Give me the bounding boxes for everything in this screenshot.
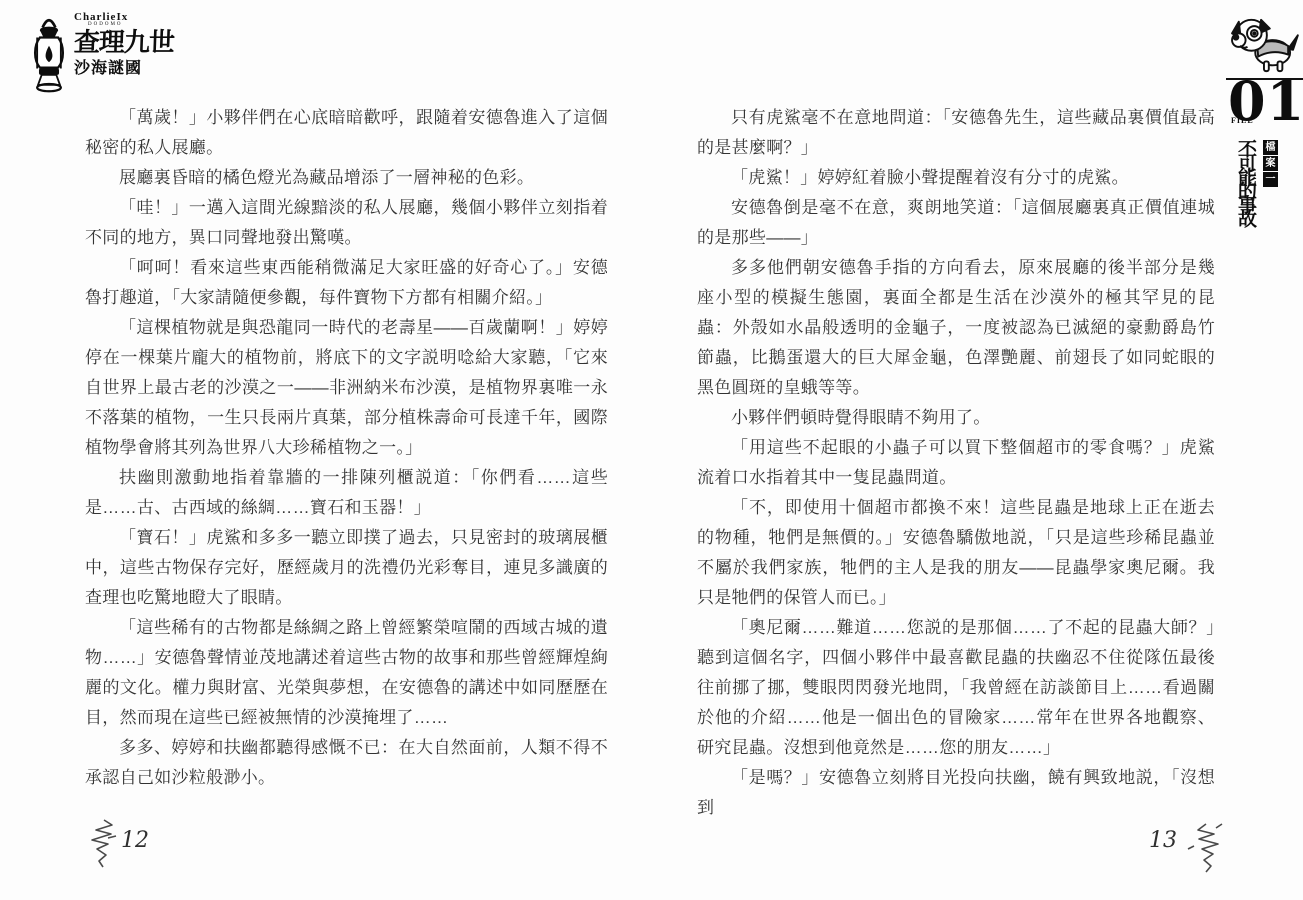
- paragraph: 展廳裏昏暗的橘色燈光為藏品增添了一層神秘的色彩。: [85, 163, 608, 193]
- paragraph: 「這棵植物就是與恐龍同一時代的老壽星——百歲蘭啊！」婷婷停在一棵葉片龐大的植物前…: [85, 313, 608, 463]
- page-number-right: 13: [1149, 828, 1177, 853]
- paragraph: 「是嗎？」安德魯立刻將目光投向扶幽，饒有興致地説，「沒想到: [697, 763, 1215, 823]
- series-logo-text: CharlieIx DODOMO 查理九世 沙海謎國: [74, 12, 214, 78]
- paragraph: 扶幽則激動地指着靠牆的一排陳列櫃説道：「你們看……這些是……古、古西域的絲綢………: [85, 463, 608, 523]
- file-label: FILE: [1231, 116, 1254, 125]
- lantern-icon: [30, 12, 68, 94]
- file-badge-char: 案: [1263, 156, 1278, 171]
- book-spread: CharlieIx DODOMO 查理九世 沙海謎國: [0, 0, 1303, 900]
- paragraph: 「奧尼爾……難道……您説的是那個……了不起的昆蟲大師？」聽到這個名字，四個小夥伴…: [697, 613, 1215, 763]
- paragraph: 「用這些不起眼的小蟲子可以買下整個超市的零食嗎？」虎鯊流着口水指着其中一隻昆蟲問…: [697, 433, 1215, 493]
- left-page-text: 「萬歲！」小夥伴們在心底暗暗歡呼，跟隨着安德魯進入了這個秘密的私人展廳。展廳裏昏…: [85, 103, 608, 793]
- series-logo: CharlieIx DODOMO 查理九世 沙海謎國: [28, 10, 218, 100]
- paragraph: 「寶石！」虎鯊和多多一聽立即撲了過去，只見密封的玻璃展櫃中，這些古物保存完好，歷…: [85, 523, 608, 613]
- paragraph: 只有虎鯊毫不在意地問道：「安德魯先生，這些藏品裏價值最高的是甚麼啊？」: [697, 103, 1215, 163]
- paragraph: 「呵呵！看來這些東西能稍微滿足大家旺盛的好奇心了。」安德魯打趣道，「大家請隨便參…: [85, 253, 608, 313]
- paragraph: 「不，即使用十個超市都換不來！這些昆蟲是地球上正在逝去的物種，牠們是無價的。」安…: [697, 493, 1215, 613]
- page-doodle-icon: [1186, 822, 1228, 874]
- series-title-en: CharlieIx: [74, 12, 214, 22]
- volume-title: 沙海謎國: [74, 60, 214, 78]
- series-title-zh: 查理九世: [74, 28, 215, 56]
- right-page-text: 只有虎鯊毫不在意地問道：「安德魯先生，這些藏品裏價值最高的是甚麼啊？」「虎鯊！」…: [697, 103, 1215, 823]
- page-doodle-icon: [82, 818, 122, 870]
- file-badge: 檔案一: [1263, 140, 1278, 188]
- paragraph: 「虎鯊！」婷婷紅着臉小聲提醒着沒有分寸的虎鯊。: [697, 163, 1215, 193]
- dog-mascot-icon: [1224, 14, 1302, 74]
- paragraph: 「哇！」一邁入這間光線黯淡的私人展廳，幾個小夥伴立刻指着不同的地方，異口同聲地發…: [85, 193, 608, 253]
- paragraph: 「這些稀有的古物都是絲綢之路上曾經繁榮喧鬧的西域古城的遺物……」安德魯聲情並茂地…: [85, 613, 608, 733]
- file-badge-char: 一: [1263, 172, 1278, 187]
- page-number-left: 12: [121, 828, 149, 853]
- file-badge-char: 檔: [1263, 140, 1278, 155]
- chapter-header: 01 FILE 檔案一 不可能的事故: [1222, 10, 1303, 240]
- paragraph: 多多、婷婷和扶幽都聽得感慨不已：在大自然面前，人類不得不承認自己如沙粒般渺小。: [85, 733, 608, 793]
- paragraph: 小夥伴們頓時覺得眼睛不夠用了。: [697, 403, 1215, 433]
- paragraph: 多多他們朝安德魯手指的方向看去，原來展廳的後半部分是幾座小型的模擬生態園，裏面全…: [697, 253, 1215, 403]
- chapter-title: 不可能的事故: [1234, 139, 1256, 223]
- paragraph: 「萬歲！」小夥伴們在心底暗暗歡呼，跟隨着安德魯進入了這個秘密的私人展廳。: [85, 103, 608, 163]
- paragraph: 安德魯倒是毫不在意，爽朗地笑道：「這個展廳裏真正價值連城的是那些——」: [697, 193, 1215, 253]
